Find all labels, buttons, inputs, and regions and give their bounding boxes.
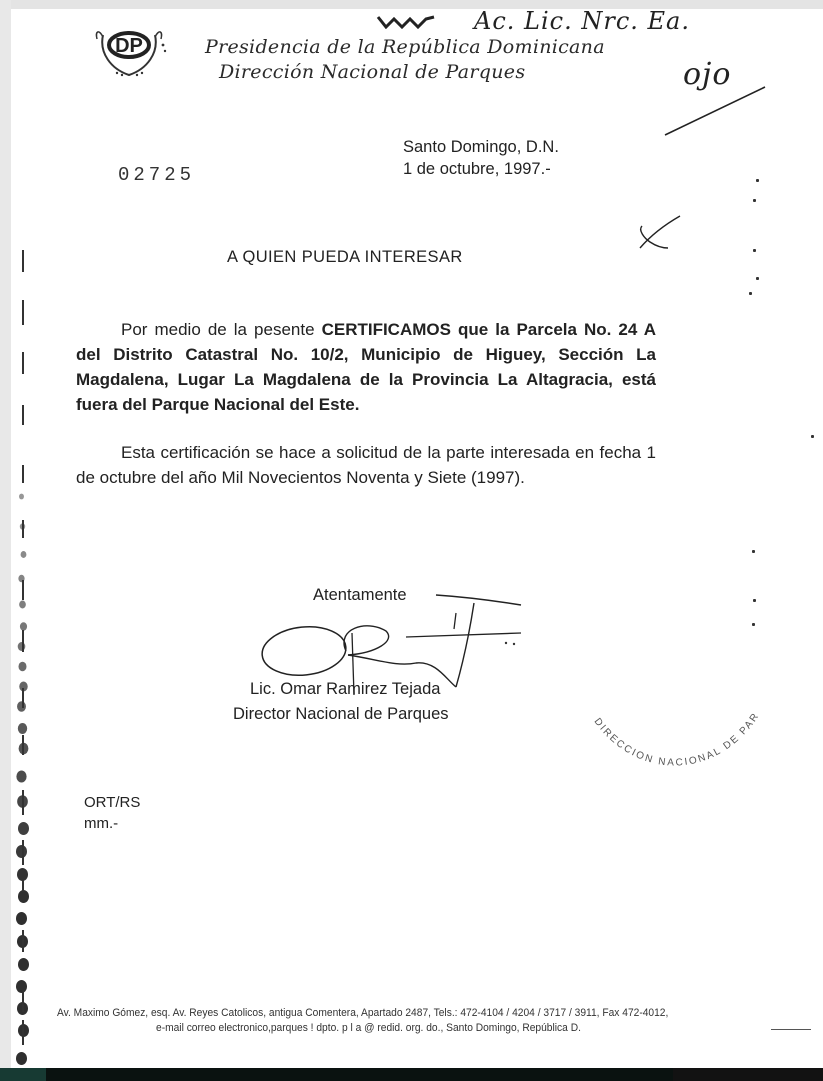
binder-mark xyxy=(22,465,24,483)
binder-mark xyxy=(22,250,24,272)
date: 1 de octubre, 1997.- xyxy=(403,157,551,181)
svg-text:DP: DP xyxy=(115,35,143,57)
binder-mark xyxy=(22,930,24,952)
binder-hole xyxy=(18,958,29,971)
viewer-bottom-bar xyxy=(0,1068,823,1081)
handwritten-strike-line xyxy=(661,79,771,139)
binder-mark xyxy=(22,630,24,652)
binder-mark xyxy=(22,990,24,1012)
handwritten-x-mark xyxy=(636,214,686,254)
paragraph-intro: Por medio de la pesente xyxy=(121,320,322,339)
viewer-bottom-accent xyxy=(0,1068,46,1081)
typist-initials-2: mm.- xyxy=(84,813,118,834)
binder-mark xyxy=(22,352,24,374)
binder-hole xyxy=(18,662,26,671)
certification-paragraph: Por medio de la pesente CERTIFICAMOS que… xyxy=(76,317,656,417)
parks-logo-icon: DP xyxy=(89,23,175,81)
letterhead-line-direccion: Dirección Nacional de Parques xyxy=(219,61,525,83)
viewer-left-strip xyxy=(0,0,11,1070)
binder-mark xyxy=(22,870,24,892)
handwritten-note: Ac. Lic. Nrc. Ea. xyxy=(474,7,690,35)
letterhead-line-presidencia: Presidencia de la República Dominicana xyxy=(205,36,605,58)
binder-mark xyxy=(22,1020,24,1045)
binder-mark xyxy=(22,735,24,755)
binder-mark xyxy=(22,300,24,325)
footer-email: e-mail correo electronico,parques ! dpto… xyxy=(156,1022,581,1034)
reference-number: 02725 xyxy=(118,164,195,186)
binder-hole xyxy=(18,822,29,835)
binder-mark xyxy=(22,580,24,600)
binder-hole xyxy=(19,601,26,609)
signatory-name: Lic. Omar Ramirez Tejada xyxy=(250,680,440,699)
binder-hole xyxy=(16,770,26,782)
binder-hole xyxy=(21,551,27,558)
footer-address: Av. Maximo Gómez, esq. Av. Reyes Catolic… xyxy=(57,1007,668,1019)
binder-mark xyxy=(22,688,24,708)
paragraph-request: Esta certificación se hace a solicitud d… xyxy=(76,443,656,487)
viewer-bottom-right xyxy=(673,1068,823,1081)
typist-initials-1: ORT/RS xyxy=(84,792,140,813)
official-stamp: DIRECCION NACIONAL DE PARQUES xyxy=(586,709,766,789)
binder-mark xyxy=(22,840,24,865)
viewer-top-strip xyxy=(0,0,823,9)
binder-hole xyxy=(16,1052,27,1065)
document-page: DP Presidencia de la República Dominican… xyxy=(11,9,823,1068)
svg-text:DIRECCION NACIONAL DE PARQUES: DIRECCION NACIONAL DE PARQUES xyxy=(586,709,762,769)
binder-mark xyxy=(22,520,24,538)
national-crest-icon xyxy=(376,15,436,29)
footer-rule xyxy=(771,1029,811,1030)
place: Santo Domingo, D.N. xyxy=(403,135,559,159)
binder-hole xyxy=(18,723,27,734)
binder-mark xyxy=(22,790,24,815)
binder-hole xyxy=(19,494,24,500)
document-heading: A QUIEN PUEDA INTERESAR xyxy=(227,248,463,267)
signatory-title: Director Nacional de Parques xyxy=(233,705,449,724)
request-paragraph: Esta certificación se hace a solicitud d… xyxy=(76,440,656,490)
binder-mark xyxy=(22,405,24,425)
binder-hole xyxy=(16,912,27,925)
